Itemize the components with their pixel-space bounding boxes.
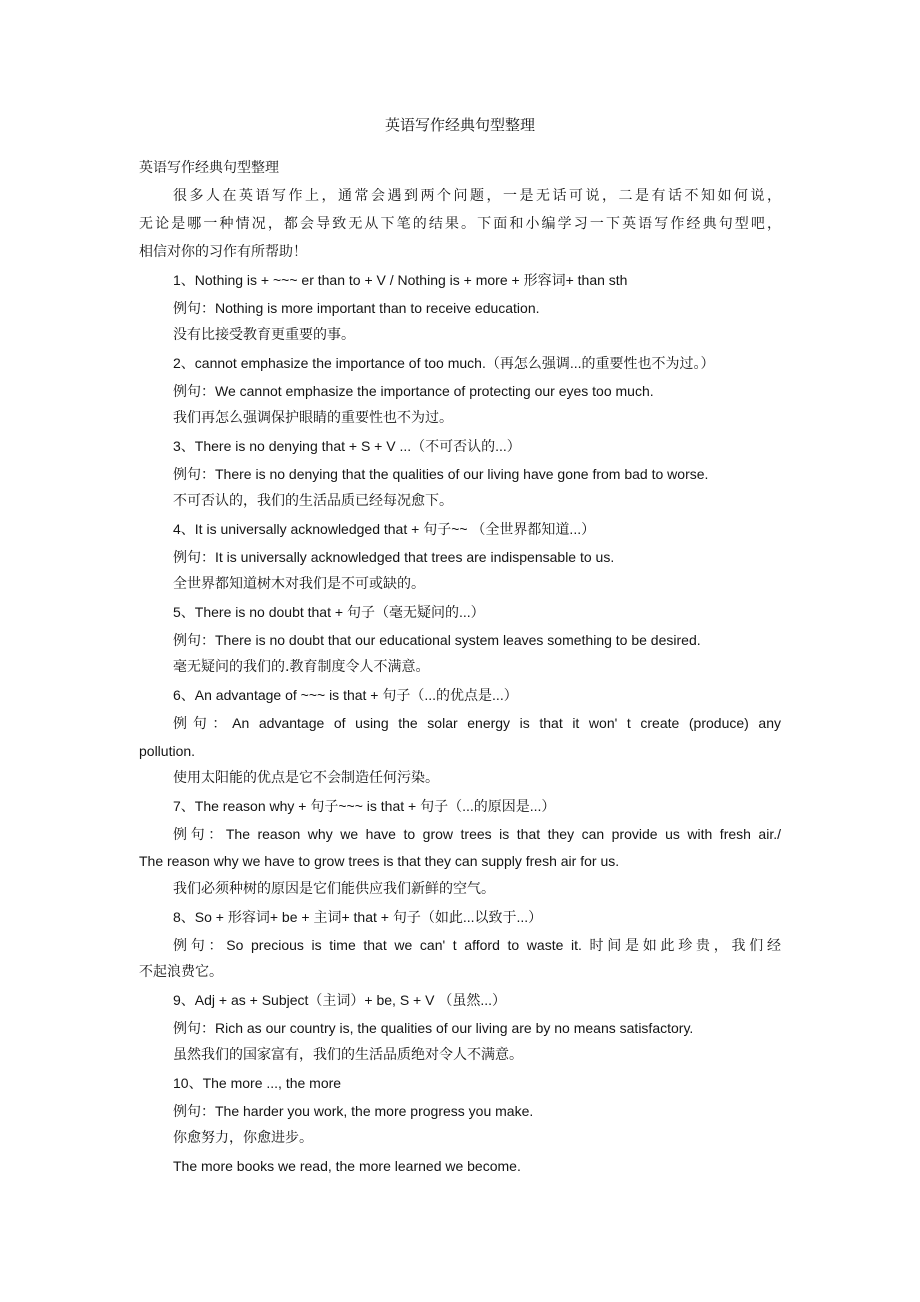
item-4-translation: 全世界都知道树木对我们是不可或缺的。 (173, 575, 425, 593)
item-5-translation: 毫无疑问的我们的.教育制度令人不满意。 (173, 658, 429, 676)
item-8-example-line-1: 例句：So precious is time that we can' t af… (173, 936, 781, 954)
item-4-pattern: 4、It is universally acknowledged that + … (173, 520, 595, 538)
item-7-pattern: 7、The reason why + 句子~~~ is that + 句子（..… (173, 797, 555, 815)
item-2-translation: 我们再怎么强调保护眼睛的重要性也不为过。 (173, 409, 453, 427)
item-7-example-line-1: 例句：The reason why we have to grow trees … (173, 825, 781, 843)
item-1-example: 例句：Nothing is more important than to rec… (173, 299, 540, 317)
item-6-example-line-2: pollution. (139, 742, 195, 760)
item-6-translation: 使用太阳能的优点是它不会制造任何污染。 (173, 769, 439, 787)
document-subtitle: 英语写作经典句型整理 (139, 159, 279, 177)
item-6-pattern: 6、An advantage of ~~~ is that + 句子（...的优… (173, 686, 518, 704)
item-3-example: 例句：There is no denying that the qualitie… (173, 465, 708, 483)
item-7-translation: 我们必须种树的原因是它们能供应我们新鲜的空气。 (173, 880, 495, 898)
item-10-translation: 你愈努力，你愈进步。 (173, 1129, 313, 1147)
item-2-example: 例句：We cannot emphasize the importance of… (173, 382, 654, 400)
item-10-example: 例句：The harder you work, the more progres… (173, 1102, 533, 1120)
item-8-pattern: 8、So + 形容词+ be + 主词+ that + 句子（如此...以致于.… (173, 908, 542, 926)
item-3-translation: 不可否认的，我们的生活品质已经每况愈下。 (173, 492, 453, 510)
item-6-example-line-1: 例句：An advantage of using the solar energ… (173, 714, 781, 732)
item-5-example: 例句：There is no doubt that our educationa… (173, 631, 701, 649)
item-10-example-2: The more books we read, the more learned… (173, 1157, 521, 1175)
item-4-example: 例句：It is universally acknowledged that t… (173, 548, 614, 566)
intro-line-3: 相信对你的习作有所帮助！ (139, 243, 307, 261)
item-5-pattern: 5、There is no doubt that + 句子（毫无疑问的...） (173, 603, 485, 621)
document-page: 英语写作经典句型整理 英语写作经典句型整理 很多人在英语写作上，通常会遇到两个问… (0, 0, 920, 1302)
item-2-pattern: 2、cannot emphasize the importance of too… (173, 354, 715, 372)
item-9-translation: 虽然我们的国家富有，我们的生活品质绝对令人不满意。 (173, 1046, 523, 1064)
document-title: 英语写作经典句型整理 (0, 116, 920, 134)
item-1-translation: 没有比接受教育更重要的事。 (173, 326, 355, 344)
intro-line-2: 无论是哪一种情况，都会导致无从下笔的结果。下面和小编学习一下英语写作经典句型吧， (139, 215, 781, 233)
intro-line-1: 很多人在英语写作上，通常会遇到两个问题，一是无话可说，二是有话不知如何说， (173, 187, 781, 205)
item-9-example: 例句：Rich as our country is, the qualities… (173, 1019, 693, 1037)
item-1-pattern: 1、Nothing is + ~~~ er than to + V / Noth… (173, 271, 627, 289)
item-10-pattern: 10、The more ..., the more (173, 1074, 341, 1092)
item-3-pattern: 3、There is no denying that + S + V ...（不… (173, 437, 521, 455)
item-7-example-line-2: The reason why we have to grow trees is … (139, 852, 619, 870)
item-8-example-line-2: 不起浪费它。 (139, 963, 223, 981)
item-9-pattern: 9、Adj + as + Subject（主词）+ be, S + V （虽然.… (173, 991, 506, 1009)
